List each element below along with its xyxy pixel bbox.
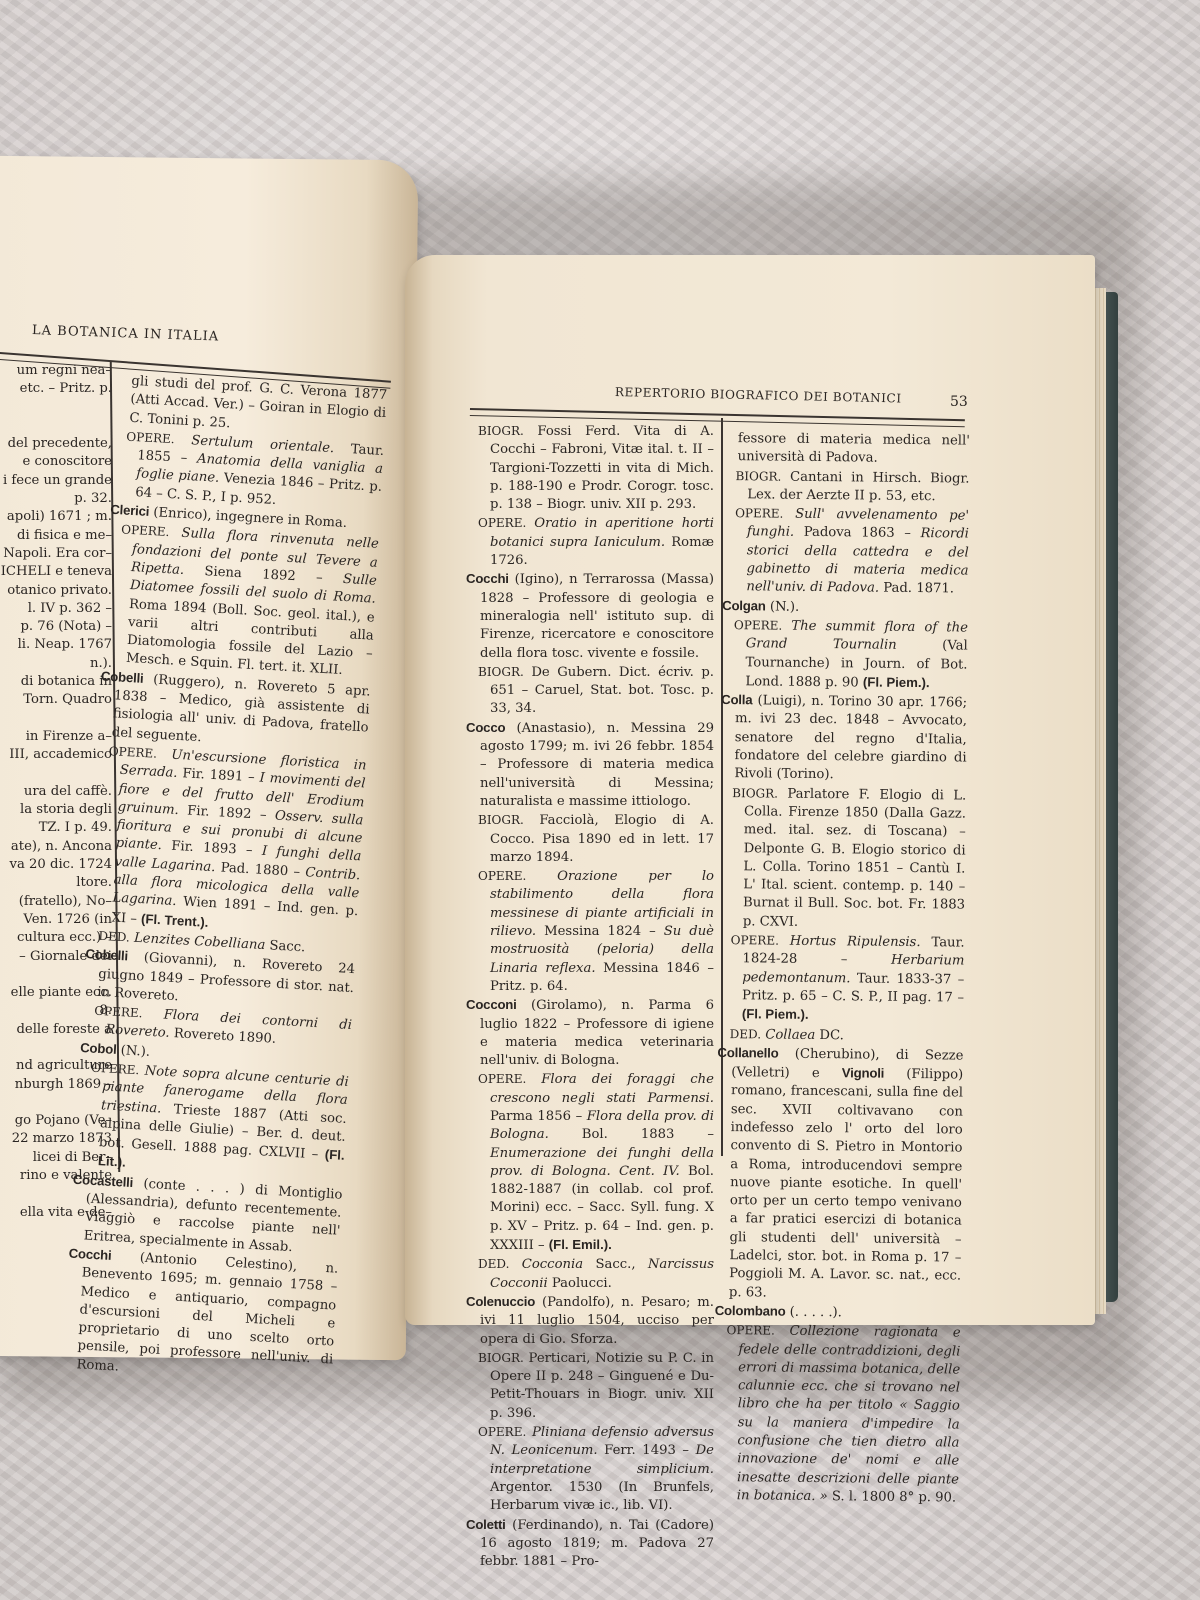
- section-label: BIOGR.: [478, 424, 524, 438]
- entry-main: Colla (Luigi), n. Torino 30 apr. 1766; m…: [720, 691, 967, 786]
- entry-sub-section: OPERE. Sull' avvelenamento pe' funghi. P…: [722, 504, 969, 599]
- biography-entry: Cobelli (Giovanni), n. Rovereto 24 giugn…: [81, 945, 356, 1053]
- entry-main: Colenuccio (Pandolfo), n. Pesaro; m. ivi…: [466, 1293, 714, 1349]
- right-colb-lead: BIOGR. Cantani in Hirsch. Biogr. Lex. de…: [722, 467, 969, 600]
- botanist-name: Cocastelli: [72, 1172, 133, 1190]
- citation-text: Sacc.: [265, 938, 306, 955]
- citation-text: Bol. 1883 –: [549, 1127, 714, 1142]
- entry-sub-section: OPERE. Oratio in aperitione horti botani…: [466, 514, 714, 570]
- left-fragment-line: [0, 710, 112, 728]
- entry-main: Colgan (N.).: [722, 597, 968, 619]
- section-label: BIOGR.: [478, 665, 524, 679]
- citation-text: Fir. 1891 –: [177, 766, 260, 786]
- citation-text: DC.: [815, 1027, 844, 1042]
- biography-entry: Colombano (. . . . .).OPERE. Collezione …: [713, 1302, 961, 1508]
- section-label: OPERE.: [726, 1323, 774, 1338]
- entry-text: (N.).: [770, 599, 800, 614]
- entry-sub-section: OPERE. Pliniana defensio adversus N. Leo…: [466, 1423, 714, 1515]
- left-fragment-line: di botanica in: [0, 673, 112, 691]
- biography-entry: Colla (Luigi), n. Torino 30 apr. 1766; m…: [718, 691, 968, 1046]
- entry-main: Collanello (Cherubino), di Sezze (Vellet…: [715, 1044, 964, 1305]
- section-label: DED.: [730, 1027, 762, 1041]
- entry-text: (Filippo) romano, francescani, sulla fin…: [729, 1067, 963, 1300]
- left-fragment-line: etc. – Pritz. p.: [0, 380, 112, 398]
- citation-text: Pad. 1871.: [879, 581, 954, 597]
- citation-text: Fir. 1893 –: [161, 839, 262, 860]
- entry-sub-section: BIOGR. Parlatore F. Elogio di L. Colla. …: [719, 784, 967, 934]
- citation-text: Facciolà, Elogio di A. Cocco. Pisa 1890 …: [490, 813, 714, 865]
- biography-entry: Colenuccio (Pandolfo), n. Pesaro; m. ivi…: [466, 1293, 714, 1516]
- section-label: OPERE.: [478, 1425, 526, 1439]
- citation-text: Roma 1894 (Boll. Soc. geol. ital.), e va…: [126, 597, 376, 679]
- entry-sub-section: DED. Cocconia Sacc., Narcissus Cocconii …: [466, 1255, 714, 1293]
- entry-sub-section: BIOGR. Cantani in Hirsch. Biogr. Lex. de…: [723, 467, 969, 507]
- entry-main: Cocchi (Igino), n Terrarossa (Massa) 182…: [466, 570, 714, 662]
- entry-sub-section: DED. Collaea DC.: [718, 1024, 964, 1046]
- entry-sub-section: BIOGR. De Gubern. Dict. écriv. p. 651 – …: [466, 663, 714, 719]
- section-label: BIOGR.: [478, 1351, 524, 1365]
- botanist-name: Vignoli: [842, 1065, 884, 1080]
- section-label: OPERE.: [94, 1004, 143, 1021]
- entry-main: Cocco (Anastasio), n. Messina 29 agosto …: [466, 719, 714, 811]
- biography-entry: Cobol (N.).OPERE. Note sopra alcune cent…: [73, 1039, 350, 1186]
- biography-entry: Colgan (N.).OPERE. The summit flora of t…: [721, 597, 968, 694]
- entry-sub-section: BIOGR. Facciolà, Elogio di A. Cocco. Pis…: [466, 811, 714, 867]
- citation-text: S. l. 1800 8° p. 90.: [828, 1489, 957, 1505]
- section-label: OPERE.: [121, 523, 170, 540]
- botanist-name: Cobol: [80, 1040, 117, 1057]
- citation-text: Rovereto 1890.: [169, 1026, 276, 1047]
- title-italic: Hortus Ripulensis.: [790, 934, 921, 950]
- section-label: OPERE.: [735, 506, 783, 521]
- citation-text: Fossi Ferd. Vita di A. Cocchi – Fabroni,…: [490, 424, 714, 512]
- entry-sub-section: OPERE. Flora dei foraggi che crescono ne…: [466, 1070, 714, 1255]
- entry-sub-section: OPERE. Orazione per lo stabilimento dell…: [466, 867, 714, 996]
- section-label: OPERE.: [478, 1072, 526, 1086]
- entry-sub-section: OPERE. Collezione ragionata e fedele del…: [713, 1321, 961, 1508]
- entry-main: Cocchi (Antonio Celestino), n. Benevento…: [62, 1245, 339, 1389]
- right-column-a: BIOGR. Fossi Ferd. Vita di A. Cocchi – F…: [466, 422, 714, 1571]
- biography-entry: Cocchi (Antonio Celestino), n. Benevento…: [62, 1245, 339, 1389]
- left-fragment-line: di fisica e me–: [0, 527, 112, 545]
- citation-text: Padova 1863 –: [794, 525, 920, 541]
- left-colb-entries: Clerici (Enrico), ingegnere in Roma.OPER…: [62, 501, 380, 1389]
- botanist-name: Cobelli: [101, 668, 144, 685]
- section-label: OPERE.: [734, 618, 782, 633]
- botanist-name: Coletti: [466, 1517, 506, 1532]
- citation-text: Sacc.,: [583, 1257, 648, 1272]
- entry-sub-section: BIOGR. Fossi Ferd. Vita di A. Cocchi – F…: [466, 422, 714, 514]
- biography-entry: Cobelli (Ruggero), n. Rovereto 5 apr. 18…: [86, 667, 371, 960]
- botanist-name: Colombano: [715, 1303, 786, 1319]
- biography-entry: Cocchi (Igino), n Terrarossa (Massa) 182…: [466, 570, 714, 718]
- left-fragment-line: n.).: [0, 655, 112, 673]
- left-fragment-line: in Firenze a–: [0, 728, 112, 746]
- right-colb-continuation: fessore di materia medica nell' universi…: [724, 430, 970, 469]
- entry-text: (N.).: [120, 1043, 150, 1060]
- section-label: OPERE.: [91, 1061, 140, 1078]
- entry-text: (Ruggero), n. Rovereto 5 apr. 1838 – Med…: [111, 672, 371, 745]
- section-label: BIOGR.: [732, 786, 778, 800]
- entry-text: (Antonio Celestino), n. Benevento 1695; …: [76, 1251, 339, 1375]
- flora-region-tag: (Fl. Emil.).: [549, 1237, 612, 1252]
- left-colb-continuation: gli studi del prof. G. C. Verona 1877 (A…: [111, 372, 388, 516]
- entry-main: Cocconi (Girolamo), n. Parma 6 luglio 18…: [466, 996, 714, 1070]
- left-fragment-line: p. 76 (Nota) –: [0, 618, 112, 636]
- title-italic: Cocconia: [522, 1257, 583, 1272]
- entry-text: (Luigi), n. Torino 30 apr. 1766; m. ivi …: [734, 694, 967, 783]
- section-label: BIOGR.: [735, 469, 781, 483]
- entry-text: (Igino), n Terrarossa (Massa) 1828 – Pro…: [480, 572, 714, 660]
- citation-text: Ferr. 1493 –: [598, 1443, 696, 1458]
- section-label: OPERE.: [108, 744, 157, 761]
- citation-text: Argentor. 1530 (In Brunfels, Herbarum vi…: [490, 1480, 714, 1513]
- citation-text: Parma 1856 –: [490, 1109, 587, 1124]
- left-column-b: gli studi del prof. G. C. Verona 1877 (A…: [62, 372, 388, 1389]
- left-fragment-line: apoli) 1671 ; m.: [0, 508, 112, 526]
- citation-text: Perticari, Notizie su P. C. in Opere II …: [490, 1351, 714, 1421]
- flora-region-tag: (Fl. Piem.).: [742, 1006, 809, 1022]
- citation-text: Parlatore F. Elogio di L. Colla. Firenze…: [743, 786, 966, 929]
- right-colb-entries: Colgan (N.).OPERE. The summit flora of t…: [713, 597, 969, 1508]
- botanist-name: Cocchi: [466, 571, 509, 586]
- entry-text: (Giovanni), n. Rovereto 24 giugno 1849 –…: [97, 951, 355, 1005]
- citation-text: Messina 1824 –: [536, 924, 664, 939]
- botanist-name: Clerici: [110, 502, 150, 519]
- entry-text: (Ferdinando), n. Tai (Cadore) 16 agosto …: [480, 1518, 714, 1570]
- entry-sub-section: OPERE. Sulla flora rinvenuta nelle fonda…: [101, 520, 379, 682]
- right-cola-lead: BIOGR. Fossi Ferd. Vita di A. Cocchi – F…: [466, 422, 714, 570]
- botanist-name: Cocchi: [68, 1246, 112, 1263]
- entry-text: (Anastasio), n. Messina 29 agosto 1799; …: [480, 721, 714, 809]
- entry-sub-section: OPERE. The summit flora of the Grand Tou…: [721, 616, 968, 694]
- entry-main: Colombano (. . . . .).: [715, 1302, 961, 1324]
- left-fragment-line: Torn. Quadro: [0, 691, 112, 709]
- entry-sub-section: BIOGR. Perticari, Notizie su P. C. in Op…: [466, 1349, 714, 1423]
- section-label: OPERE.: [731, 933, 779, 948]
- entry-sub-section: OPERE. Un'escursione floristica in Serra…: [87, 741, 367, 941]
- botanist-name: Colgan: [722, 598, 766, 613]
- botanist-name: Cocco: [466, 720, 505, 735]
- left-fragment-line: um regni nea–: [0, 362, 112, 380]
- biography-entry: Cocco (Anastasio), n. Messina 29 agosto …: [466, 719, 714, 996]
- left-fragment-line: li. Neap. 1767: [0, 636, 112, 654]
- botanist-name: Colla: [721, 692, 752, 707]
- left-fragment-line: p. 32.: [0, 490, 112, 508]
- biography-entry: Coletti (Ferdinando), n. Tai (Cadore) 16…: [466, 1516, 714, 1572]
- botanist-name: Collanello: [717, 1045, 778, 1061]
- left-fragment-line: otanico privato.: [0, 582, 112, 600]
- title-italic: Collezione ragionata e fedele delle cont…: [737, 1324, 961, 1504]
- biography-entry: Cocconi (Girolamo), n. Parma 6 luglio 18…: [466, 996, 714, 1293]
- section-label: OPERE.: [478, 516, 526, 530]
- left-fragment-line: i fece un grande: [0, 472, 112, 490]
- entry-sub-section: OPERE. Note sopra alcune centurie di pia…: [73, 1058, 349, 1186]
- entry-sub-section: OPERE. Hortus Ripulensis. Taur. 1824-28 …: [718, 931, 965, 1027]
- citation-text: Cantani in Hirsch. Biogr. Lex. der Aerzt…: [747, 469, 969, 504]
- entry-text: (. . . . .).: [790, 1305, 842, 1321]
- biography-entry: Collanello (Cherubino), di Sezze (Vellet…: [715, 1044, 964, 1305]
- section-label: BIOGR.: [478, 813, 524, 827]
- citation-text: Fir. 1892 –: [178, 803, 275, 823]
- citation-text: Paolucci.: [548, 1276, 612, 1291]
- left-fragment-line: [0, 399, 112, 417]
- right-column-b: fessore di materia medica nell' universi…: [713, 430, 970, 1508]
- title-italic: Collaea: [765, 1027, 815, 1043]
- flora-region-tag: (Fl. Piem.).: [863, 674, 930, 690]
- botanist-name: Colenuccio: [466, 1294, 535, 1309]
- left-fragment-line: ICHELI e teneva: [0, 563, 112, 581]
- right-cola-entries: Cocchi (Igino), n Terrarossa (Massa) 182…: [466, 570, 714, 1571]
- left-fragment-line: Napoli. Era cor–: [0, 545, 112, 563]
- flora-region-tag: (Fl. Trent.).: [141, 911, 209, 930]
- left-fragment-line: [0, 417, 112, 435]
- citation-text: De Gubern. Dict. écriv. p. 651 – Caruel,…: [490, 665, 714, 717]
- left-fragment-line: l. IV p. 362 –: [0, 600, 112, 618]
- botanist-name: Cocconi: [466, 997, 517, 1012]
- left-fragment-line: e conoscitore: [0, 453, 112, 471]
- botanist-name: Cobelli: [85, 946, 128, 963]
- left-fragment-line: del precedente,: [0, 435, 112, 453]
- section-label: DED.: [478, 1257, 509, 1271]
- citation-text: Pad. 1880 –: [215, 860, 306, 880]
- section-label: DED.: [98, 929, 130, 945]
- section-label: OPERE.: [478, 869, 526, 883]
- biography-entry: Clerici (Enrico), ingegnere in Roma.OPER…: [101, 501, 380, 682]
- page-number: 53: [950, 394, 968, 410]
- entry-main: Coletti (Ferdinando), n. Tai (Cadore) 16…: [466, 1516, 714, 1572]
